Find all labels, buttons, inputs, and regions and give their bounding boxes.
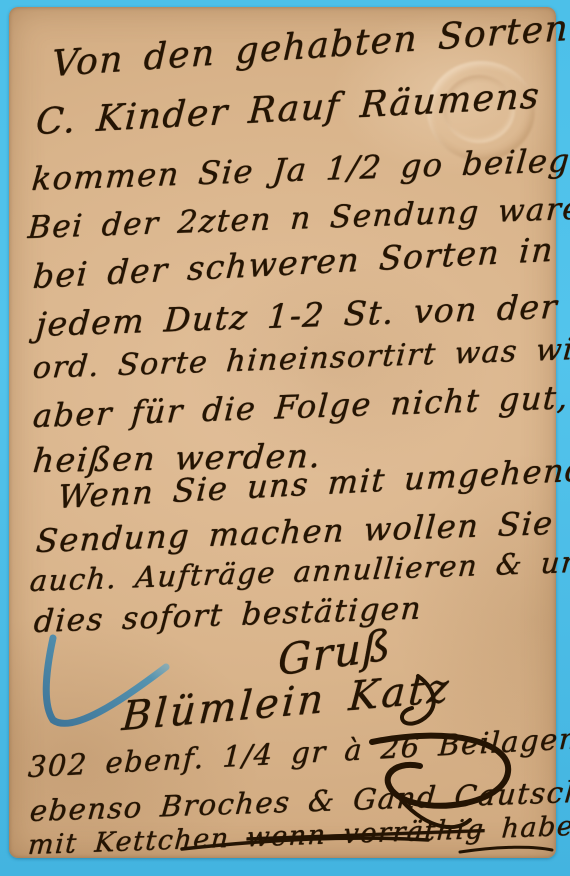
postscript-text: haben [483, 810, 570, 845]
scanned-postcard-photo: Von den gehabten Sorten C. Kinder Rauf R… [0, 0, 570, 876]
